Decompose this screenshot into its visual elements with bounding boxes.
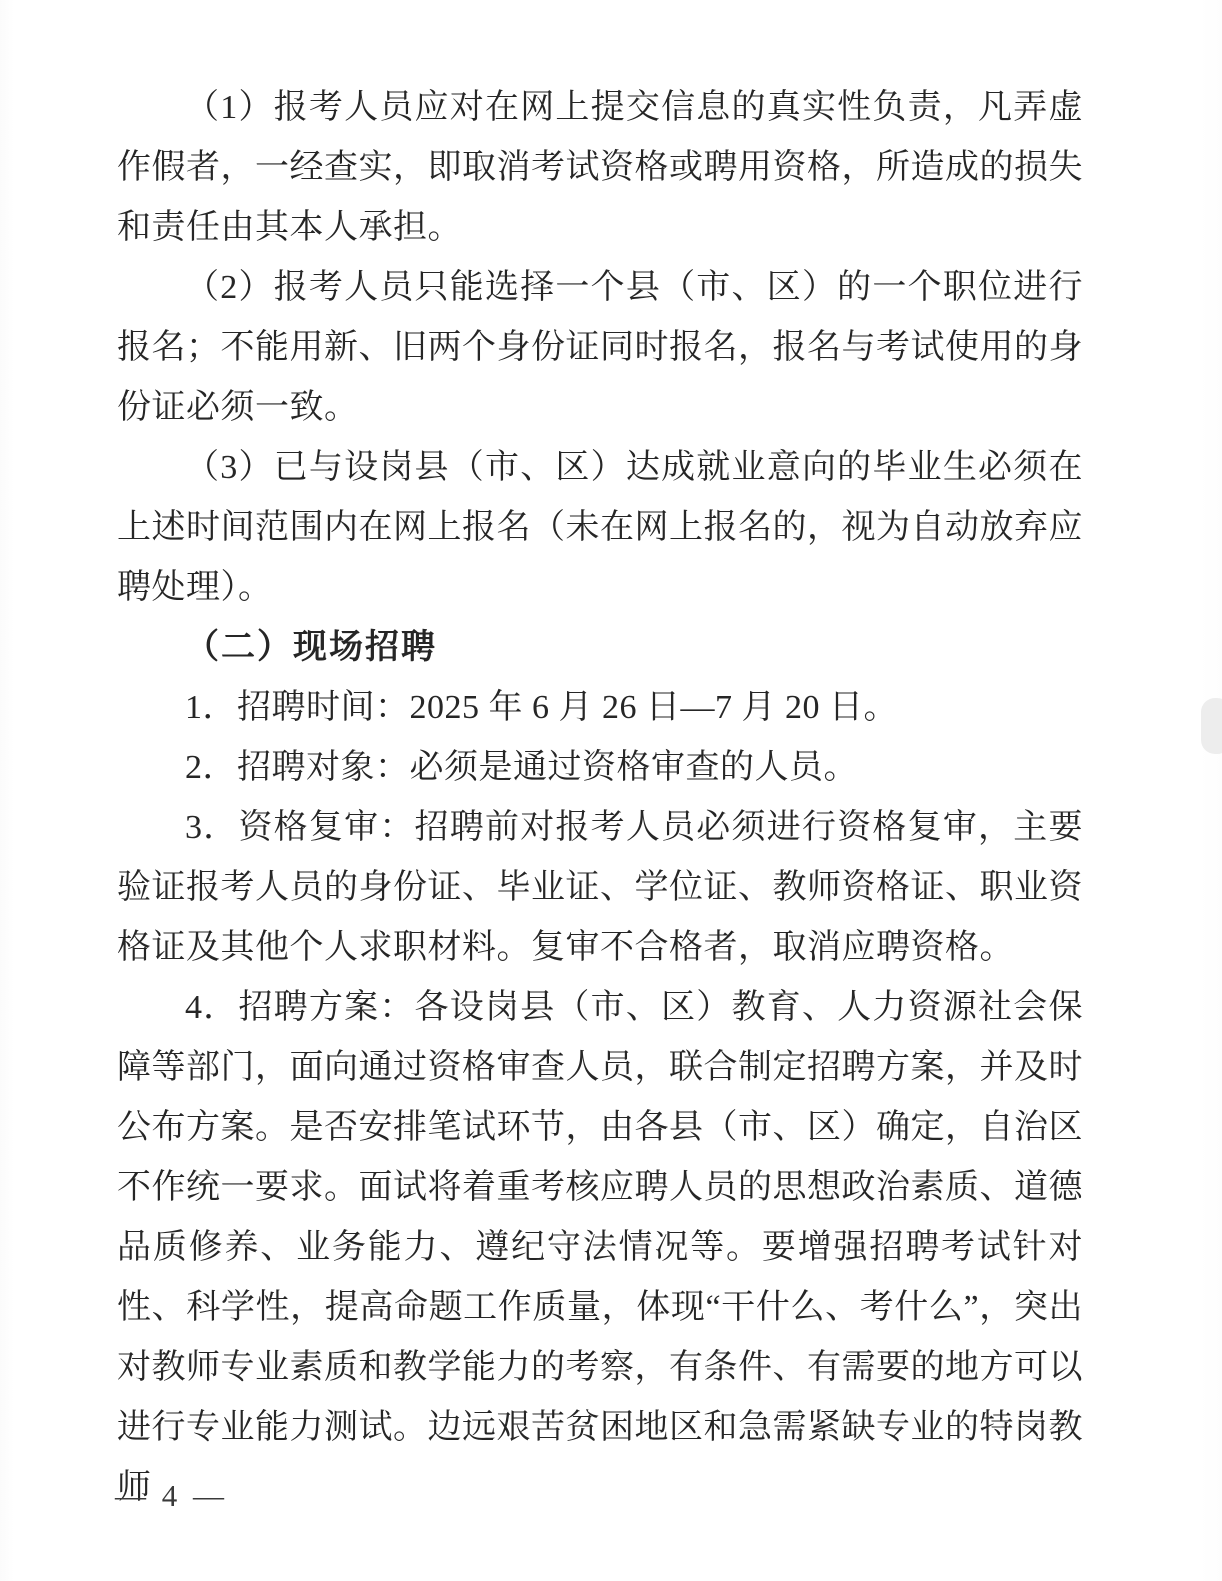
paragraph-online-info-responsibility: （1）报考人员应对在网上提交信息的真实性负责，凡弄虚作假者，一经查实，即取消考试… — [117, 78, 1083, 258]
item-recruitment-target: 2．招聘对象：必须是通过资格审查的人员。 — [117, 738, 1083, 798]
scrollbar-thumb[interactable] — [1201, 698, 1222, 754]
paragraph-single-position-rule: （2）报考人员只能选择一个县（市、区）的一个职位进行报名；不能用新、旧两个身份证… — [117, 258, 1083, 438]
item-recruitment-time: 1．招聘时间：2025 年 6 月 26 日—7 月 20 日。 — [117, 678, 1083, 738]
paragraph-employment-intention-rule: （3）已与设岗县（市、区）达成就业意向的毕业生必须在上述时间范围内在网上报名（未… — [117, 438, 1083, 618]
section-heading-onsite-recruitment: （二）现场招聘 — [117, 618, 1083, 678]
item-qualification-recheck: 3．资格复审：招聘前对报考人员必须进行资格复审，主要验证报考人员的身份证、毕业证… — [117, 798, 1083, 978]
item-recruitment-plan: 4．招聘方案：各设岗县（市、区）教育、人力资源社会保障等部门，面向通过资格审查人… — [117, 978, 1083, 1518]
page-number: — 4 — — [115, 1476, 228, 1516]
document-page: （1）报考人员应对在网上提交信息的真实性负责，凡弄虚作假者，一经查实，即取消考试… — [0, 0, 1222, 1581]
document-body: （1）报考人员应对在网上提交信息的真实性负责，凡弄虚作假者，一经查实，即取消考试… — [117, 78, 1083, 1518]
